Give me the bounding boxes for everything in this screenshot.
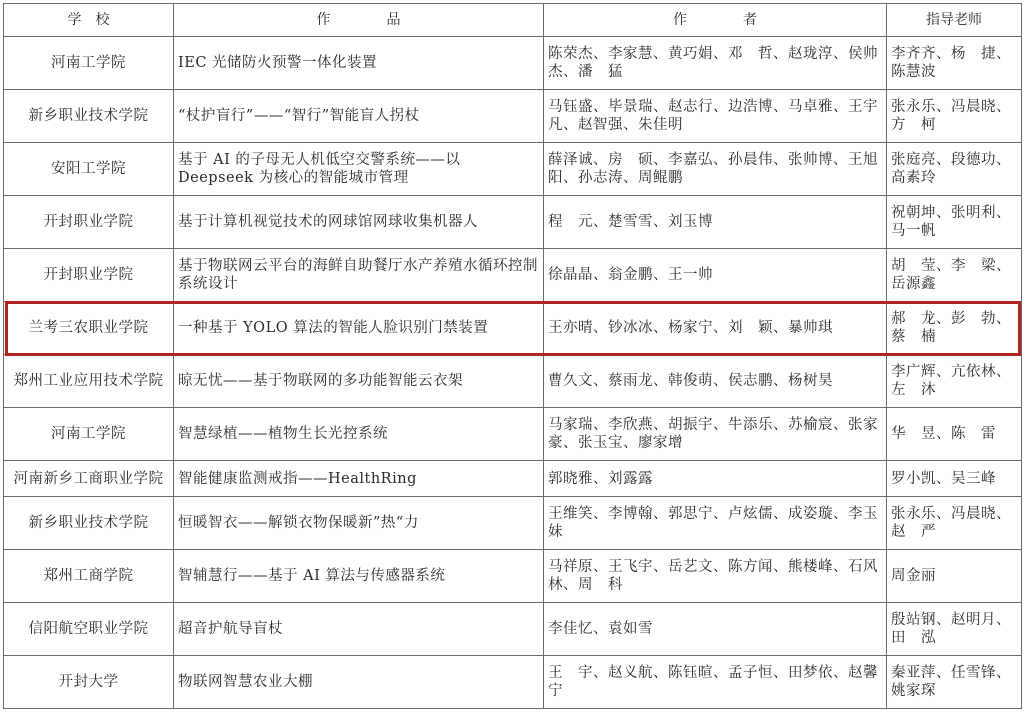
- cell-advisors: 李广辉、亢依林、左 沐: [887, 355, 1022, 408]
- table-row: 郑州工商学院 智辅慧行——基于 AI 算法与传感器系统 马祥原、王飞宇、岳艺文、…: [4, 550, 1022, 603]
- cell-authors: 王亦晴、钞冰冰、杨家宁、刘 颖、暴帅琪: [544, 302, 887, 355]
- cell-work: 智能健康监测戒指——HealthRing: [174, 461, 544, 497]
- cell-work: 晾无忧——基于物联网的多功能智能云衣架: [174, 355, 544, 408]
- table-row: 新乡职业技术学院 恒暖智衣——解锁衣物保暖新”热“力 王维笑、李博翰、郭思宁、卢…: [4, 497, 1022, 550]
- cell-authors: 程 元、楚雪雪、刘玉博: [544, 196, 887, 249]
- cell-school: 郑州工业应用技术学院: [4, 355, 174, 408]
- cell-school: 新乡职业技术学院: [4, 497, 174, 550]
- cell-advisors: 殷站钢、赵明月、田 泓: [887, 603, 1022, 656]
- table-row: 开封大学 物联网智慧农业大棚 王 宇、赵义航、陈钰暄、孟子恒、田梦依、赵馨宁 秦…: [4, 656, 1022, 709]
- header-advisors: 指导老师: [887, 4, 1022, 37]
- cell-school: 开封大学: [4, 656, 174, 709]
- cell-school: 开封职业学院: [4, 249, 174, 302]
- header-work: 作 品: [174, 4, 544, 37]
- cell-advisors: 胡 莹、李 梁、岳源鑫: [887, 249, 1022, 302]
- cell-advisors: 张庭亮、段德功、高素玲: [887, 143, 1022, 196]
- cell-work: 超音护航导盲杖: [174, 603, 544, 656]
- table-row: 安阳工学院 基于 AI 的子母无人机低空交警系统——以 Deepseek 为核心…: [4, 143, 1022, 196]
- cell-school: 河南工学院: [4, 37, 174, 90]
- cell-advisors: 周金丽: [887, 550, 1022, 603]
- cell-authors: 薛泽诚、房 硕、李嘉弘、孙晨伟、张帅博、王旭阳、孙志涛、周鲲鹏: [544, 143, 887, 196]
- cell-school: 兰考三农职业学院: [4, 302, 174, 355]
- cell-work: 一种基于 YOLO 算法的智能人脸识别门禁装置: [174, 302, 544, 355]
- table-row: 开封职业学院 基于计算机视觉技术的网球馆网球收集机器人 程 元、楚雪雪、刘玉博 …: [4, 196, 1022, 249]
- cell-authors: 马钰盛、毕景瑞、赵志行、边浩博、马卓雅、王宇凡、赵智强、朱佳明: [544, 90, 887, 143]
- table-row: 信阳航空职业学院 超音护航导盲杖 李佳忆、袁如雪 殷站钢、赵明月、田 泓: [4, 603, 1022, 656]
- cell-authors: 王 宇、赵义航、陈钰暄、孟子恒、田梦依、赵馨宁: [544, 656, 887, 709]
- cell-work: IEC 光储防火预警一体化装置: [174, 37, 544, 90]
- table-row: 河南工学院 IEC 光储防火预警一体化装置 陈荣杰、李家慧、黄巧娟、邓 哲、赵珑…: [4, 37, 1022, 90]
- cell-work: 基于 AI 的子母无人机低空交警系统——以 Deepseek 为核心的智能城市管…: [174, 143, 544, 196]
- header-row: 学 校 作 品 作 者 指导老师: [4, 4, 1022, 37]
- cell-advisors: 罗小凯、吴三峰: [887, 461, 1022, 497]
- cell-work: “杖护盲行”——“智行”智能盲人拐杖: [174, 90, 544, 143]
- cell-advisors: 秦亚萍、任雪锋、姚家琛: [887, 656, 1022, 709]
- cell-authors: 马祥原、王飞宇、岳艺文、陈方闻、熊楼峰、石风林、周 科: [544, 550, 887, 603]
- award-table: 学 校 作 品 作 者 指导老师 河南工学院 IEC 光储防火预警一体化装置 陈…: [3, 3, 1022, 709]
- cell-advisors: 郝 龙、彭 勃、蔡 楠: [887, 302, 1022, 355]
- cell-work: 恒暖智衣——解锁衣物保暖新”热“力: [174, 497, 544, 550]
- cell-work: 智慧绿植——植物生长光控系统: [174, 408, 544, 461]
- cell-advisors: 华 昱、陈 雷: [887, 408, 1022, 461]
- cell-authors: 王维笑、李博翰、郭思宁、卢炫儒、成姿璇、李玉妹: [544, 497, 887, 550]
- cell-authors: 曹久文、蔡雨龙、韩俊萌、侯志鹏、杨树昊: [544, 355, 887, 408]
- cell-school: 信阳航空职业学院: [4, 603, 174, 656]
- header-authors: 作 者: [544, 4, 887, 37]
- header-school: 学 校: [4, 4, 174, 37]
- cell-authors: 马家瑞、李欣燕、胡振宇、牛添乐、苏榆宸、张家豪、张玉宝、廖家增: [544, 408, 887, 461]
- cell-advisors: 张永乐、冯晨晓、方 柯: [887, 90, 1022, 143]
- cell-school: 河南工学院: [4, 408, 174, 461]
- cell-authors: 李佳忆、袁如雪: [544, 603, 887, 656]
- table-row: 开封职业学院 基于物联网云平台的海鲜自助餐厅水产养殖水循环控制系统设计 徐晶晶、…: [4, 249, 1022, 302]
- cell-school: 河南新乡工商职业学院: [4, 461, 174, 497]
- table-row: 新乡职业技术学院 “杖护盲行”——“智行”智能盲人拐杖 马钰盛、毕景瑞、赵志行、…: [4, 90, 1022, 143]
- cell-authors: 郭晓雅、刘露露: [544, 461, 887, 497]
- table-row-highlighted: 兰考三农职业学院 一种基于 YOLO 算法的智能人脸识别门禁装置 王亦晴、钞冰冰…: [4, 302, 1022, 355]
- cell-advisors: 祝朝坤、张明利、马一帆: [887, 196, 1022, 249]
- cell-authors: 徐晶晶、翁金鹏、王一帅: [544, 249, 887, 302]
- cell-school: 新乡职业技术学院: [4, 90, 174, 143]
- table-row: 郑州工业应用技术学院 晾无忧——基于物联网的多功能智能云衣架 曹久文、蔡雨龙、韩…: [4, 355, 1022, 408]
- cell-work: 基于计算机视觉技术的网球馆网球收集机器人: [174, 196, 544, 249]
- cell-work: 基于物联网云平台的海鲜自助餐厅水产养殖水循环控制系统设计: [174, 249, 544, 302]
- cell-school: 开封职业学院: [4, 196, 174, 249]
- table-row: 河南工学院 智慧绿植——植物生长光控系统 马家瑞、李欣燕、胡振宇、牛添乐、苏榆宸…: [4, 408, 1022, 461]
- cell-advisors: 张永乐、冯晨晓、赵 严: [887, 497, 1022, 550]
- cell-school: 安阳工学院: [4, 143, 174, 196]
- cell-authors: 陈荣杰、李家慧、黄巧娟、邓 哲、赵珑淳、侯帅杰、潘 猛: [544, 37, 887, 90]
- cell-advisors: 李齐齐、杨 捷、陈慧波: [887, 37, 1022, 90]
- cell-work: 物联网智慧农业大棚: [174, 656, 544, 709]
- cell-work: 智辅慧行——基于 AI 算法与传感器系统: [174, 550, 544, 603]
- table-row: 河南新乡工商职业学院 智能健康监测戒指——HealthRing 郭晓雅、刘露露 …: [4, 461, 1022, 497]
- cell-school: 郑州工商学院: [4, 550, 174, 603]
